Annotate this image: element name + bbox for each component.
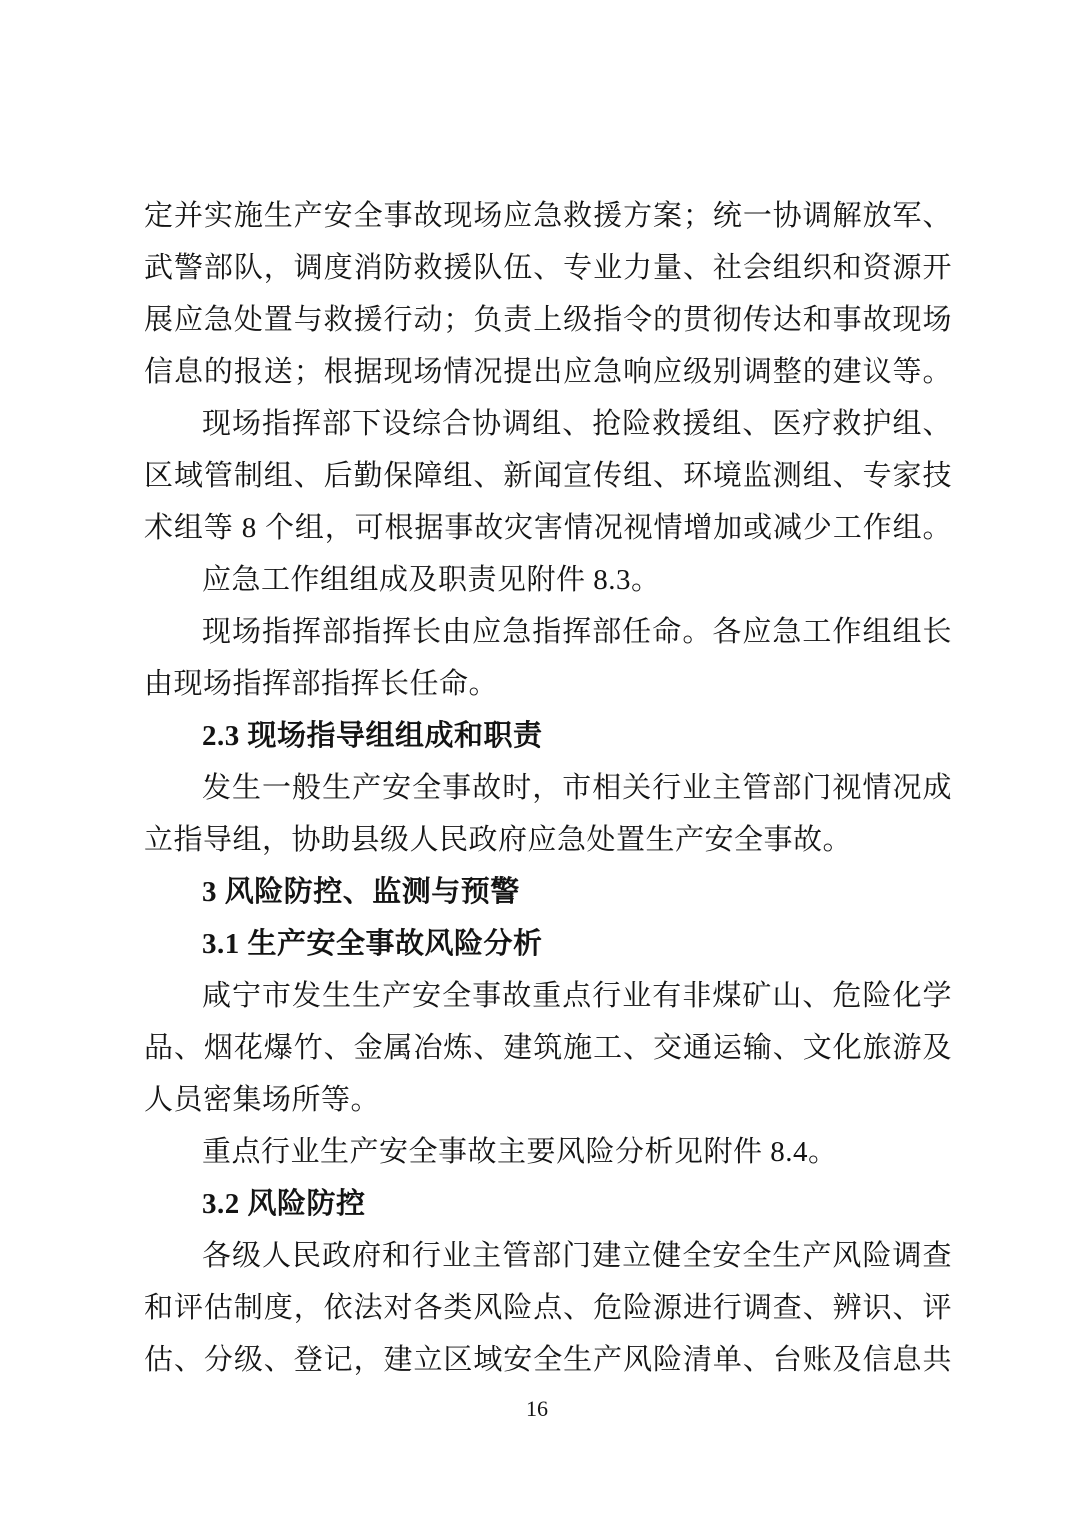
body-line: 由现场指挥部指挥长任命。 (144, 658, 952, 710)
body-line: 现场指挥部指挥长由应急指挥部任命。各应急工作组组长 (144, 606, 952, 658)
body-line: 展应急处置与救援行动；负责上级指令的贯彻传达和事故现场 (144, 294, 952, 346)
body-line: 各级人民政府和行业主管部门建立健全安全生产风险调查 (144, 1230, 952, 1282)
body-line: 和评估制度，依法对各类风险点、危险源进行调查、辨识、评 (144, 1282, 952, 1334)
document-page: 定并实施生产安全事故现场应急救援方案；统一协调解放军、 武警部队，调度消防救援队… (0, 0, 1074, 1520)
body-line: 区域管制组、后勤保障组、新闻宣传组、环境监测组、专家技 (144, 450, 952, 502)
body-line: 品、烟花爆竹、金属冶炼、建筑施工、交通运输、文化旅游及 (144, 1022, 952, 1074)
section-heading-2-3: 2.3 现场指导组组成和职责 (144, 710, 952, 762)
body-line: 武警部队，调度消防救援队伍、专业力量、社会组织和资源开 (144, 242, 952, 294)
section-heading-3-1: 3.1 生产安全事故风险分析 (144, 918, 952, 970)
body-line: 信息的报送；根据现场情况提出应急响应级别调整的建议等。 (144, 346, 952, 398)
section-heading-3: 3 风险防控、监测与预警 (144, 866, 952, 918)
page-number: 16 (0, 1396, 1074, 1422)
body-line: 估、分级、登记，建立区域安全生产风险清单、台账及信息共 (144, 1334, 952, 1386)
body-line: 重点行业生产安全事故主要风险分析见附件 8.4。 (144, 1126, 952, 1178)
section-heading-3-2: 3.2 风险防控 (144, 1178, 952, 1230)
body-line: 定并实施生产安全事故现场应急救援方案；统一协调解放军、 (144, 190, 952, 242)
body-line: 应急工作组组成及职责见附件 8.3。 (144, 554, 952, 606)
body-line: 人员密集场所等。 (144, 1074, 952, 1126)
body-line: 术组等 8 个组，可根据事故灾害情况视情增加或减少工作组。 (144, 502, 952, 554)
document-body: 定并实施生产安全事故现场应急救援方案；统一协调解放军、 武警部队，调度消防救援队… (144, 190, 952, 1386)
body-line: 咸宁市发生生产安全事故重点行业有非煤矿山、危险化学 (144, 970, 952, 1022)
body-line: 现场指挥部下设综合协调组、抢险救援组、医疗救护组、 (144, 398, 952, 450)
body-line: 发生一般生产安全事故时，市相关行业主管部门视情况成 (144, 762, 952, 814)
body-line: 立指导组，协助县级人民政府应急处置生产安全事故。 (144, 814, 952, 866)
